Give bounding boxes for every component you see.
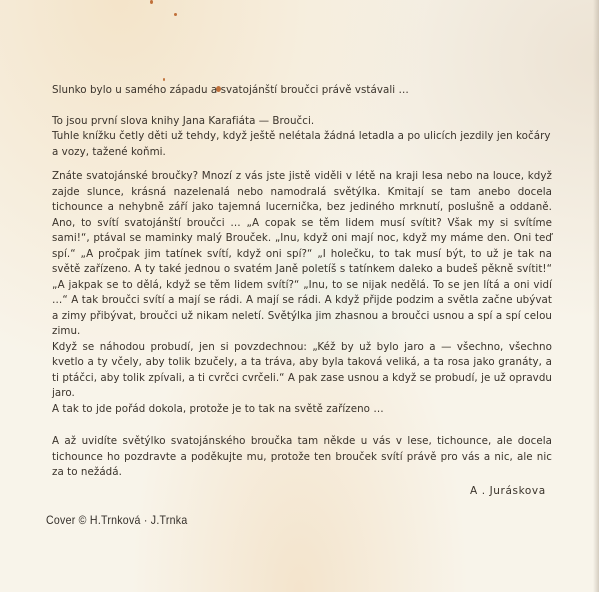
cover-credit: Cover © H.Trnková · J.Trnka (46, 513, 187, 527)
document-body: Slunko bylo u samého západu a svatojánšt… (52, 83, 552, 481)
paper-page: Slunko bylo u samého západu a svatojánšt… (0, 0, 599, 592)
paper-stain (174, 13, 177, 16)
paragraph-cycle: A tak to jde pořád dokola, protože je to… (52, 402, 552, 418)
opening-line: Slunko bylo u samého západu a svatojánšt… (52, 83, 552, 99)
intro-line: To jsou první slova knihy Jana Karafiáta… (52, 114, 552, 130)
paper-stain (150, 0, 153, 4)
paragraph-closing: A až uvidíte světýlko svatojánského brou… (52, 434, 552, 481)
paper-stain (163, 78, 165, 81)
intro-line: Tuhle knížku četly děti už tehdy, když j… (52, 129, 552, 160)
paragraph-wake: Když se náhodou probudí, jen si povzdech… (52, 340, 552, 402)
page-edge-shadow (593, 0, 599, 592)
paragraph-main: Znáte svatojánské broučky? Mnozí z vás j… (52, 169, 552, 340)
author-signature: A . Juráskova (470, 485, 546, 497)
